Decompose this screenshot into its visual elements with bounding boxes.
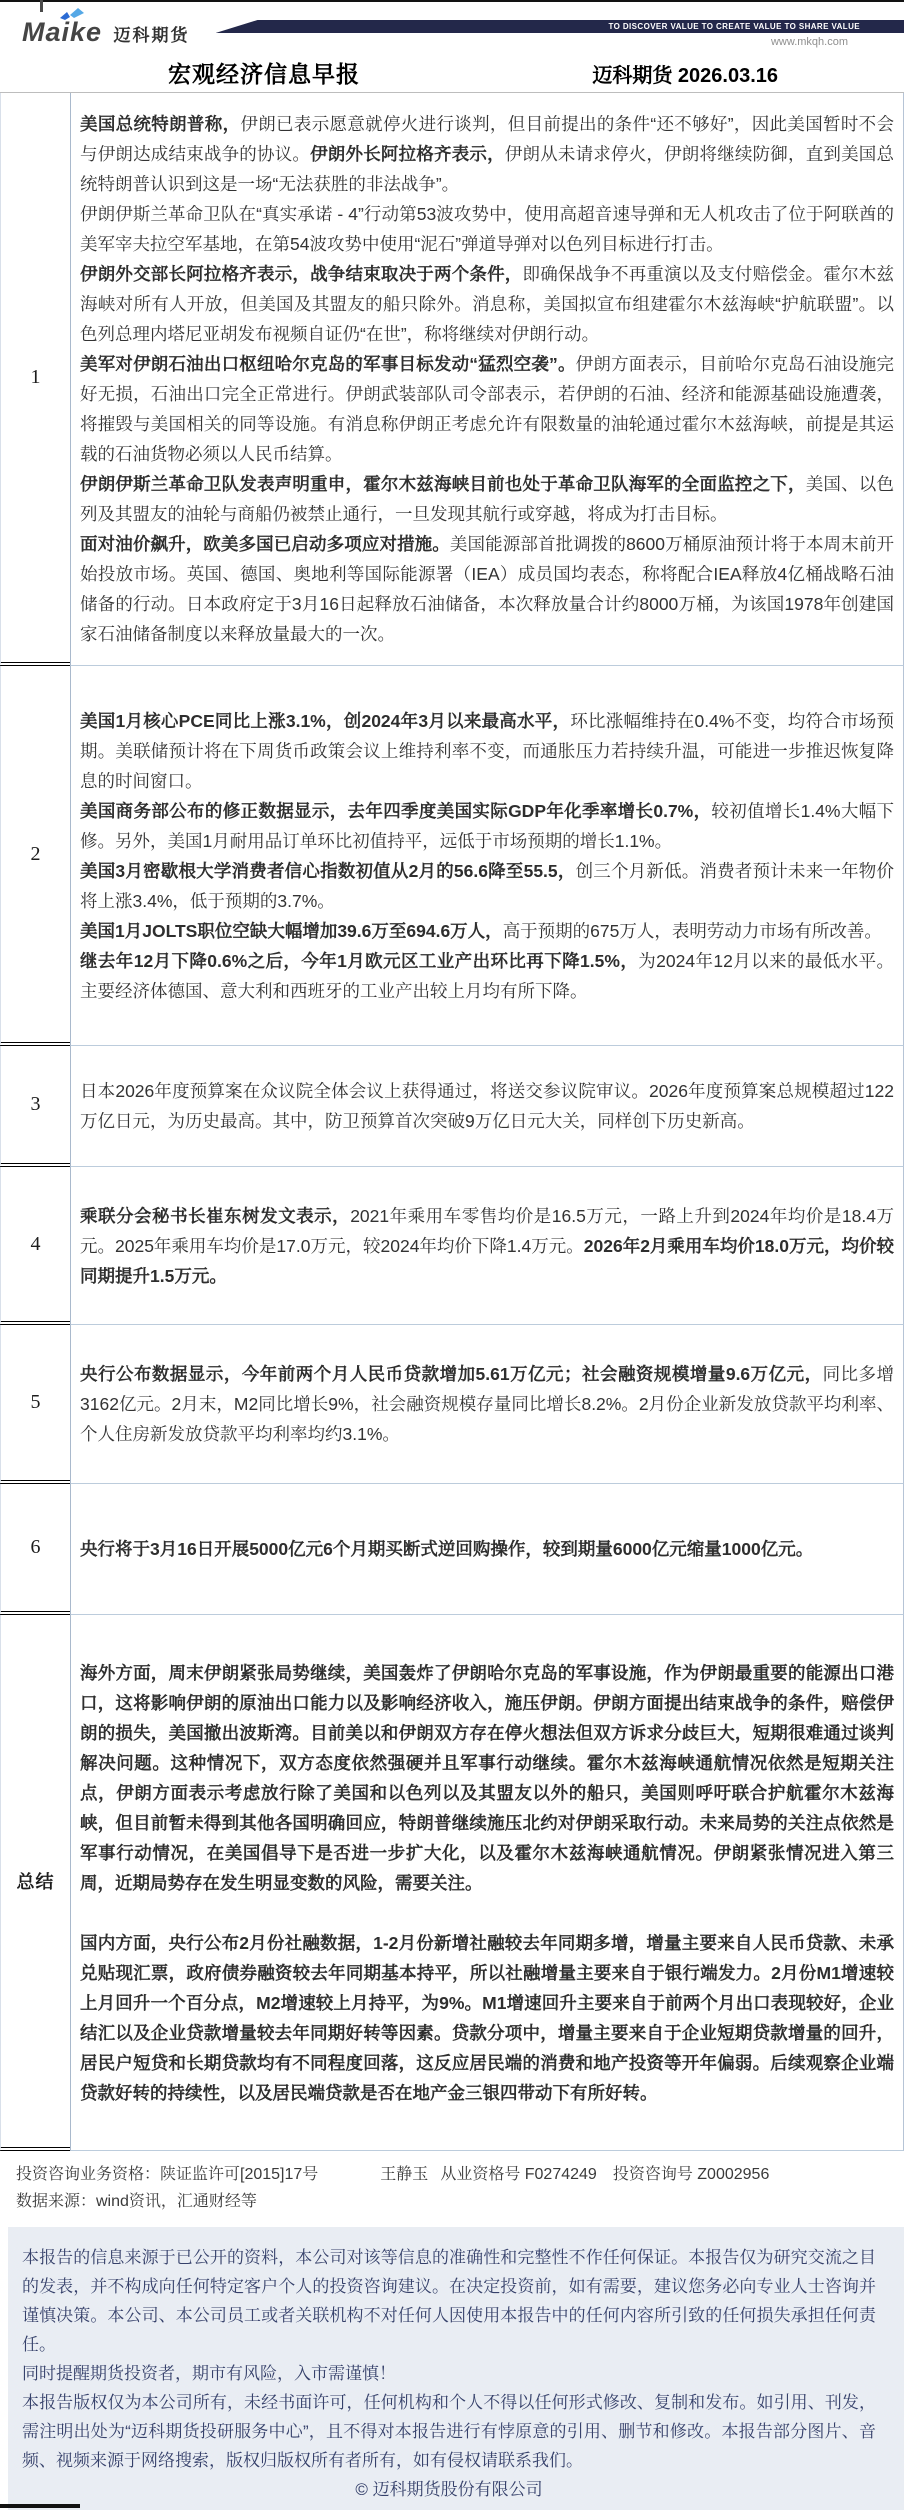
news-text: 高于预期的675万人，表明劳动力市场有所改善。 bbox=[503, 921, 882, 941]
top-border-line bbox=[0, 0, 904, 2]
report-page: Maike 迈科期货 TO DISCOVER VALUE TO CREATE V… bbox=[0, 0, 904, 2510]
data-source-line: 数据来源：wind资讯，汇通财经等 bbox=[16, 2188, 904, 2215]
news-paragraph: 美国商务部公布的修正数据显示，去年四季度美国实际GDP年化季率增长0.7%，较初… bbox=[80, 796, 894, 856]
table-row: 5央行公布数据显示，今年前两个月人民币贷款增加5.61万亿元；社会融资规模增量9… bbox=[0, 1325, 904, 1484]
news-text-bold: 美国总统特朗普称， bbox=[80, 114, 240, 134]
disclaimer-paragraph: 同时提醒期货投资者，期市有风险，入市需谨慎！ bbox=[22, 2359, 876, 2388]
news-paragraph: 美国总统特朗普称，伊朗已表示愿意就停火进行谈判，但目前提出的条件“还不够好”，因… bbox=[80, 109, 894, 199]
table-row: 6央行将于3月16日开展5000亿元6个月期买断式逆回购操作，较到期量6000亿… bbox=[0, 1484, 904, 1615]
table-row: 2美国1月核心PCE同比上涨3.1%，创2024年3月以来最高水平，环比涨幅维持… bbox=[0, 666, 904, 1046]
credentials-footer: 投资咨询业务资格：陕证监许可[2015]17号王静玉从业资格号 F0274249… bbox=[0, 2151, 904, 2225]
table-row: 1美国总统特朗普称，伊朗已表示愿意就停火进行谈判，但目前提出的条件“还不够好”，… bbox=[0, 93, 904, 666]
news-paragraph: 国内方面，央行公布2月份社融数据，1-2月份新增社融较去年同期多增，增量主要来自… bbox=[80, 1928, 894, 2108]
news-text-bold: 伊朗外交部长阿拉格齐表示，战争结束取决于两个条件， bbox=[80, 264, 523, 284]
row-content: 央行公布数据显示，今年前两个月人民币贷款增加5.61万亿元；社会融资规模增量9.… bbox=[70, 1325, 904, 1484]
news-paragraph: 美国3月密歇根大学消费者信心指数初值从2月的56.6降至55.5，创三个月新低。… bbox=[80, 856, 894, 916]
news-paragraph: 伊朗伊斯兰革命卫队发表声明重申，霍尔木兹海峡目前也处于革命卫队海军的全面监控之下… bbox=[80, 469, 894, 529]
news-text-bold: 央行将于3月16日开展5000亿元6个月期买断式逆回购操作，较到期量6000亿元… bbox=[80, 1539, 813, 1559]
news-text-bold: 海外方面，周末伊朗紧张局势继续，美国轰炸了伊朗哈尔克岛的军事设施，作为伊朗最重要… bbox=[80, 1663, 894, 1893]
row-label: 3 bbox=[0, 1046, 70, 1167]
row-label: 6 bbox=[0, 1484, 70, 1615]
analyst-name: 王静玉 bbox=[380, 2166, 428, 2183]
news-paragraph: 央行公布数据显示，今年前两个月人民币贷款增加5.61万亿元；社会融资规模增量9.… bbox=[80, 1359, 894, 1449]
copyright-line: © 迈科期货股份有限公司 bbox=[22, 2475, 876, 2504]
report-header: Maike 迈科期货 TO DISCOVER VALUE TO CREATE V… bbox=[0, 0, 904, 92]
news-paragraph: 海外方面，周末伊朗紧张局势继续，美国轰炸了伊朗哈尔克岛的军事设施，作为伊朗最重要… bbox=[80, 1658, 894, 1898]
news-text-bold: 国内方面，央行公布2月份社融数据，1-2月份新增社融较去年同期多增，增量主要来自… bbox=[80, 1933, 894, 2103]
logo-text-cn: 迈科期货 bbox=[114, 26, 190, 45]
news-table: 1美国总统特朗普称，伊朗已表示愿意就停火进行谈判，但目前提出的条件“还不够好”，… bbox=[0, 92, 904, 2151]
news-paragraph: 面对油价飙升，欧美多国已启动多项应对措施。美国能源部首批调拨的8600万桶原油预… bbox=[80, 529, 894, 649]
practice-number: 从业资格号 F0274249 bbox=[440, 2166, 597, 2183]
news-text-bold: 乘联分会秘书长崔东树发文表示， bbox=[80, 1206, 350, 1226]
logo-bird-icon bbox=[58, 8, 88, 27]
news-text-bold: 央行公布数据显示，今年前两个月人民币贷款增加5.61万亿元；社会融资规模增量9.… bbox=[80, 1364, 823, 1384]
brand-row: Maike 迈科期货 TO DISCOVER VALUE TO CREATE V… bbox=[0, 0, 904, 48]
disclaimer-paragraph: 本报告版权仅为本公司所有，未经书面许可，任何机构和个人不得以任何形式修改、复制和… bbox=[22, 2388, 876, 2475]
row-label: 5 bbox=[0, 1325, 70, 1484]
news-paragraph: 伊朗伊斯兰革命卫队在“真实承诺 - 4”行动第53波攻势中，使用高超音速导弹和无… bbox=[80, 199, 894, 259]
slogan-text: TO DISCOVER VALUE TO CREATE VALUE TO SHA… bbox=[608, 22, 860, 31]
brand-date: 迈科期货 2026.03.16 bbox=[592, 59, 778, 88]
row-content: 日本2026年度预算案在众议院全体会议上获得通过，将送交参议院审议。2026年度… bbox=[70, 1046, 904, 1167]
news-paragraph: 美军对伊朗石油出口枢纽哈尔克岛的军事目标发动“猛烈空袭”。伊朗方面表示，目前哈尔… bbox=[80, 349, 894, 469]
table-row: 4乘联分会秘书长崔东树发文表示，2021年乘用车零售均价是16.5万元，一路上升… bbox=[0, 1167, 904, 1325]
bottom-border-tick bbox=[0, 2504, 80, 2508]
row-label: 1 bbox=[0, 93, 70, 666]
news-paragraph: 继去年12月下降0.6%之后，今年1月欧元区工业产出环比再下降1.5%，为202… bbox=[80, 946, 894, 1006]
news-text-bold: 美军对伊朗石油出口枢纽哈尔克岛的军事目标发动“猛烈空袭”。 bbox=[80, 354, 576, 374]
news-text-bold: 面对油价飙升，欧美多国已启动多项应对措施。 bbox=[80, 534, 450, 554]
news-text-bold: 美国商务部公布的修正数据显示，去年四季度美国实际GDP年化季率增长0.7%， bbox=[80, 801, 711, 821]
top-border-tick bbox=[40, 0, 43, 12]
news-text-bold: 继去年12月下降0.6%之后，今年1月欧元区工业产出环比再下降1.5%， bbox=[80, 951, 638, 971]
news-text-bold: 伊朗外长阿拉格齐表示， bbox=[310, 144, 505, 164]
news-paragraph: 日本2026年度预算案在众议院全体会议上获得通过，将送交参议院审议。2026年度… bbox=[80, 1076, 894, 1136]
row-label: 4 bbox=[0, 1167, 70, 1325]
disclaimer-paragraph: 本报告的信息来源于已公开的资料，本公司对该等信息的准确性和完整性不作任何保证。本… bbox=[22, 2243, 876, 2359]
banner-area: TO DISCOVER VALUE TO CREATE VALUE TO SHA… bbox=[216, 17, 904, 48]
news-text-bold: 伊朗伊斯兰革命卫队发表声明重申，霍尔木兹海峡目前也处于革命卫队海军的全面监控之下… bbox=[80, 474, 806, 494]
page-title: 宏观经济信息早报 bbox=[168, 56, 360, 89]
row-content: 美国总统特朗普称，伊朗已表示愿意就停火进行谈判，但目前提出的条件“还不够好”，因… bbox=[70, 93, 904, 666]
slogan-banner: TO DISCOVER VALUE TO CREATE VALUE TO SHA… bbox=[216, 20, 904, 33]
news-paragraph: 伊朗外交部长阿拉格齐表示，战争结束取决于两个条件，即确保战争不再重演以及支付赔偿… bbox=[80, 259, 894, 349]
row-content: 美国1月核心PCE同比上涨3.1%，创2024年3月以来最高水平，环比涨幅维持在… bbox=[70, 666, 904, 1046]
credentials-line: 投资咨询业务资格：陕证监许可[2015]17号王静玉从业资格号 F0274249… bbox=[16, 2161, 904, 2188]
news-text: 日本2026年度预算案在众议院全体会议上获得通过，将送交参议院审议。2026年度… bbox=[80, 1081, 894, 1131]
qualification-text: 投资咨询业务资格：陕证监许可[2015]17号 bbox=[16, 2166, 318, 2183]
news-paragraph: 央行将于3月16日开展5000亿元6个月期买断式逆回购操作，较到期量6000亿元… bbox=[80, 1534, 894, 1564]
news-paragraph: 乘联分会秘书长崔东树发文表示，2021年乘用车零售均价是16.5万元，一路上升到… bbox=[80, 1201, 894, 1291]
disclaimer-panel: 本报告的信息来源于已公开的资料，本公司对该等信息的准确性和完整性不作任何保证。本… bbox=[0, 2225, 904, 2510]
news-text-bold: 美国1月JOLTS职位空缺大幅增加39.6万至694.6万人， bbox=[80, 921, 503, 941]
news-paragraph: 美国1月核心PCE同比上涨3.1%，创2024年3月以来最高水平，环比涨幅维持在… bbox=[80, 706, 894, 796]
advisory-number: 投资咨询号 Z0002956 bbox=[613, 2166, 770, 2183]
news-text-bold: 美国1月核心PCE同比上涨3.1%，创2024年3月以来最高水平， bbox=[80, 711, 570, 731]
title-row: 宏观经济信息早报 迈科期货 2026.03.16 bbox=[0, 56, 904, 89]
row-label: 总结 bbox=[0, 1615, 70, 2151]
table-row: 3日本2026年度预算案在众议院全体会议上获得通过，将送交参议院审议。2026年… bbox=[0, 1046, 904, 1167]
website-text: www.mkqh.com bbox=[216, 36, 904, 48]
row-content: 央行将于3月16日开展5000亿元6个月期买断式逆回购操作，较到期量6000亿元… bbox=[70, 1484, 904, 1615]
row-content: 乘联分会秘书长崔东树发文表示，2021年乘用车零售均价是16.5万元，一路上升到… bbox=[70, 1167, 904, 1325]
news-text-bold: 美国3月密歇根大学消费者信心指数初值从2月的56.6降至55.5， bbox=[80, 861, 576, 881]
news-paragraph: 美国1月JOLTS职位空缺大幅增加39.6万至694.6万人，高于预期的675万… bbox=[80, 916, 894, 946]
table-row: 总结海外方面，周末伊朗紧张局势继续，美国轰炸了伊朗哈尔克岛的军事设施，作为伊朗最… bbox=[0, 1615, 904, 2151]
row-label: 2 bbox=[0, 666, 70, 1046]
row-content: 海外方面，周末伊朗紧张局势继续，美国轰炸了伊朗哈尔克岛的军事设施，作为伊朗最重要… bbox=[70, 1615, 904, 2151]
news-text: 伊朗伊斯兰革命卫队在“真实承诺 - 4”行动第53波攻势中，使用高超音速导弹和无… bbox=[80, 204, 894, 254]
maike-logo: Maike 迈科期货 bbox=[22, 17, 190, 48]
